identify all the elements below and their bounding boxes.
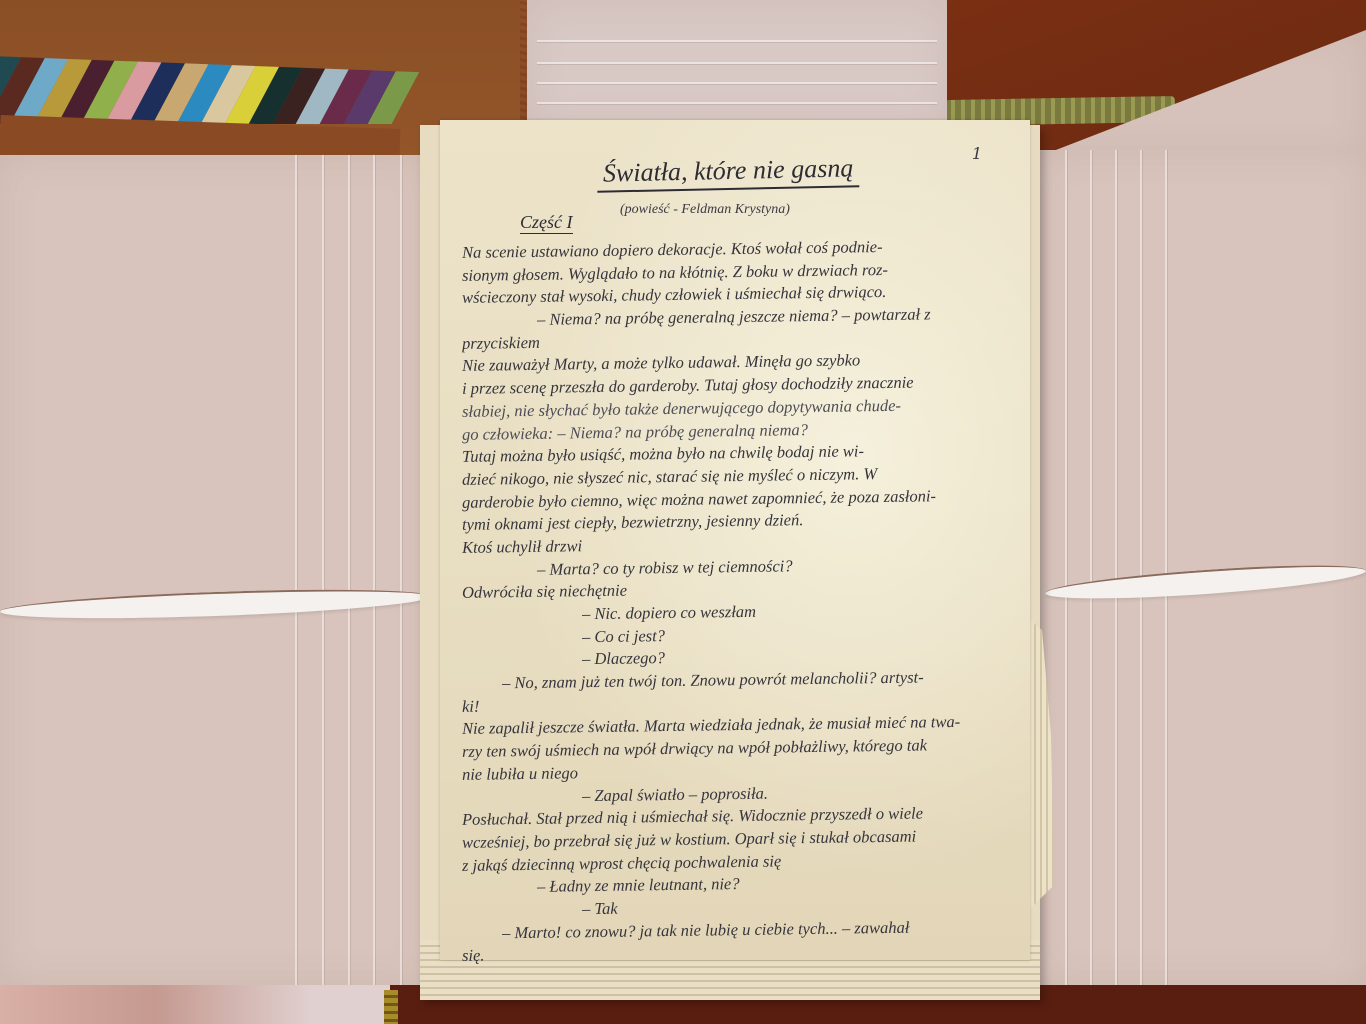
folder-crease (537, 62, 937, 64)
page-number: 1 (972, 144, 982, 163)
folder-left-flap (0, 155, 430, 985)
folder-top-flap (527, 0, 947, 125)
folder-crease (1140, 150, 1142, 985)
folder-crease (1165, 150, 1167, 985)
folder-crease (537, 102, 937, 104)
folder-crease (1115, 150, 1117, 985)
part-heading: Część I (520, 212, 573, 234)
folder-crease (373, 155, 375, 985)
manuscript-body: Na scenie ustawiano dopiero dekoracje. K… (462, 238, 1022, 964)
gold-trim-bottom (384, 990, 398, 1024)
folder-crease (322, 155, 324, 985)
folder-crease (1065, 150, 1067, 985)
folder-crease (295, 155, 297, 985)
table-reflection-bottom-left (0, 985, 390, 1024)
manuscript-subtitle: (powieść - Feldman Krystyna) (620, 202, 790, 218)
folder-crease (348, 155, 350, 985)
book-spines (0, 52, 430, 124)
manuscript-page: 1 Światła, które nie gasną (powieść - Fe… (440, 120, 1030, 960)
folder-crease (537, 40, 937, 42)
folder-crease (1090, 150, 1092, 985)
manuscript-title: Światła, które nie gasną (597, 153, 860, 192)
folder-crease (537, 82, 937, 84)
folder-crease (400, 155, 402, 985)
